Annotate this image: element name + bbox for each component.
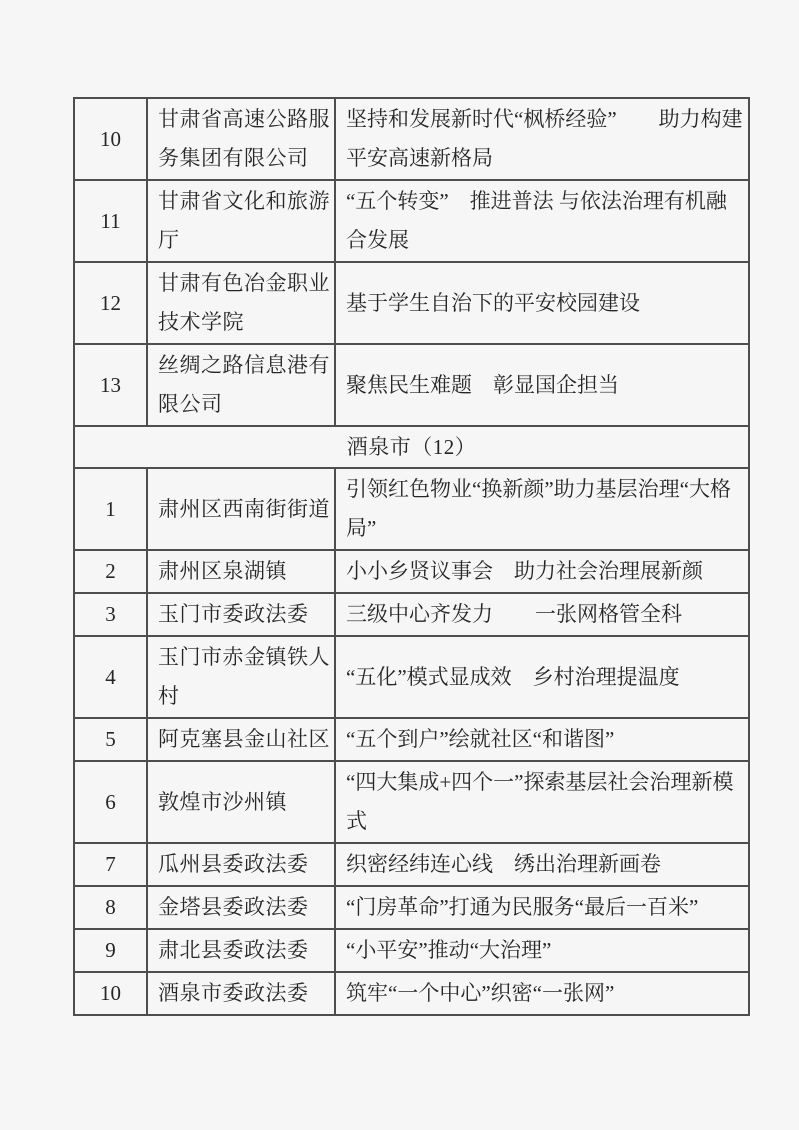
table-row: 5阿克塞县金山社区“五个到户”绘就社区“和谐图”: [74, 718, 749, 761]
table-row: 11甘肃省文化和旅游厅“五个转变” 推进普法 与依法治理有机融合发展: [74, 180, 749, 262]
row-number: 10: [74, 972, 147, 1015]
document-page: 10甘肃省高速公路服务集团有限公司坚持和发展新时代“枫桥经验” 助力构建平安高速…: [0, 0, 799, 1130]
table-row: 10酒泉市委政法委筑牢“一个中心”织密“一张网”: [74, 972, 749, 1015]
organization-name: 甘肃省高速公路服务集团有限公司: [147, 98, 335, 180]
organization-name: 丝绸之路信息港有限公司: [147, 344, 335, 426]
row-number: 1: [74, 468, 147, 550]
row-number: 11: [74, 180, 147, 262]
project-title: 坚持和发展新时代“枫桥经验” 助力构建平安高速新格局: [335, 98, 749, 180]
section-header-row: 酒泉市（12）: [74, 426, 749, 468]
table-row: 7瓜州县委政法委织密经纬连心线 绣出治理新画卷: [74, 843, 749, 886]
row-number: 10: [74, 98, 147, 180]
organization-name: 敦煌市沙州镇: [147, 761, 335, 843]
table-row: 1肃州区西南街街道引领红色物业“换新颜”助力基层治理“大格局”: [74, 468, 749, 550]
project-title: 引领红色物业“换新颜”助力基层治理“大格局”: [335, 468, 749, 550]
project-title: “五个到户”绘就社区“和谐图”: [335, 718, 749, 761]
organization-name: 玉门市赤金镇铁人村: [147, 636, 335, 718]
table-row: 13丝绸之路信息港有限公司聚焦民生难题 彰显国企担当: [74, 344, 749, 426]
row-number: 12: [74, 262, 147, 344]
table-row: 9肃北县委政法委“小平安”推动“大治理”: [74, 929, 749, 972]
row-number: 5: [74, 718, 147, 761]
organization-name: 甘肃有色冶金职业技术学院: [147, 262, 335, 344]
organization-name: 阿克塞县金山社区: [147, 718, 335, 761]
project-title: 三级中心齐发力 一张网格管全科: [335, 593, 749, 636]
project-title: 聚焦民生难题 彰显国企担当: [335, 344, 749, 426]
row-number: 4: [74, 636, 147, 718]
row-number: 3: [74, 593, 147, 636]
table-row: 4玉门市赤金镇铁人村“五化”模式显成效 乡村治理提温度: [74, 636, 749, 718]
project-title: “四大集成+四个一”探索基层社会治理新模式: [335, 761, 749, 843]
section-header: 酒泉市（12）: [74, 426, 749, 468]
table-row: 2肃州区泉湖镇小小乡贤议事会 助力社会治理展新颜: [74, 550, 749, 593]
project-title: 基于学生自治下的平安校园建设: [335, 262, 749, 344]
organization-name: 肃州区泉湖镇: [147, 550, 335, 593]
organization-name: 酒泉市委政法委: [147, 972, 335, 1015]
awards-table: 10甘肃省高速公路服务集团有限公司坚持和发展新时代“枫桥经验” 助力构建平安高速…: [73, 97, 750, 1016]
organization-name: 肃州区西南街街道: [147, 468, 335, 550]
organization-name: 甘肃省文化和旅游厅: [147, 180, 335, 262]
row-number: 8: [74, 886, 147, 929]
project-title: 织密经纬连心线 绣出治理新画卷: [335, 843, 749, 886]
organization-name: 肃北县委政法委: [147, 929, 335, 972]
organization-name: 玉门市委政法委: [147, 593, 335, 636]
project-title: “五化”模式显成效 乡村治理提温度: [335, 636, 749, 718]
project-title: 小小乡贤议事会 助力社会治理展新颜: [335, 550, 749, 593]
project-title: “五个转变” 推进普法 与依法治理有机融合发展: [335, 180, 749, 262]
row-number: 13: [74, 344, 147, 426]
table-row: 3玉门市委政法委三级中心齐发力 一张网格管全科: [74, 593, 749, 636]
project-title: “小平安”推动“大治理”: [335, 929, 749, 972]
row-number: 7: [74, 843, 147, 886]
table-row: 12甘肃有色冶金职业技术学院基于学生自治下的平安校园建设: [74, 262, 749, 344]
project-title: “门房革命”打通为民服务“最后一百米”: [335, 886, 749, 929]
table-row: 10甘肃省高速公路服务集团有限公司坚持和发展新时代“枫桥经验” 助力构建平安高速…: [74, 98, 749, 180]
table-row: 6敦煌市沙州镇“四大集成+四个一”探索基层社会治理新模式: [74, 761, 749, 843]
organization-name: 金塔县委政法委: [147, 886, 335, 929]
project-title: 筑牢“一个中心”织密“一张网”: [335, 972, 749, 1015]
row-number: 9: [74, 929, 147, 972]
row-number: 6: [74, 761, 147, 843]
awards-table-body: 10甘肃省高速公路服务集团有限公司坚持和发展新时代“枫桥经验” 助力构建平安高速…: [74, 98, 749, 1015]
row-number: 2: [74, 550, 147, 593]
table-row: 8金塔县委政法委“门房革命”打通为民服务“最后一百米”: [74, 886, 749, 929]
organization-name: 瓜州县委政法委: [147, 843, 335, 886]
